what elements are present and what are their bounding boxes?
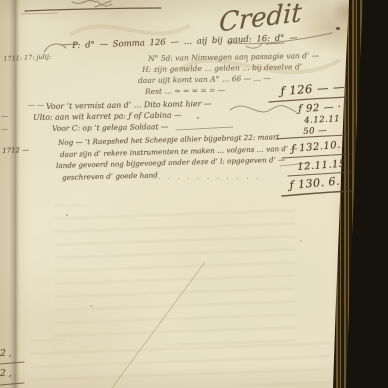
entry1-line5: Rest … = = = = = — [145, 86, 225, 96]
entry5-amount-lower: 12.11.15 [297, 159, 346, 173]
entry2-amount: ƒ 92 — · [298, 102, 342, 115]
entry3-amount: 4.12.11 [304, 114, 340, 126]
foxing-spot [90, 305, 93, 307]
ink-spot [197, 117, 199, 119]
entry1-amount: ƒ 126 — — [280, 79, 346, 97]
bleedthrough-bottom [30, 340, 330, 385]
foxing-spot [66, 214, 68, 216]
edge-number: 2 , [0, 349, 11, 359]
edge-number: 2 , [0, 369, 11, 379]
entry4-line1: Voor C: op ’t gelega Soldaat — [52, 122, 168, 133]
entry1-line4: daar uijt komt van A° … 66 — … — [138, 74, 271, 85]
entry3-line1: Ulto: aan wit karret pa: ƒ of Cabina — [33, 110, 182, 122]
margin-date-1711: 1711: 17: julij: [3, 52, 51, 62]
ledger-page: Credit 1711: 17: julij: P: d° — Somma 12… [0, 0, 388, 388]
entry4-amount: 50 — [303, 126, 328, 137]
entry1-line1: P: d° — Somma 126 — … aij bij gaud: 16: … [72, 33, 298, 51]
lead-dash: — — [28, 101, 44, 109]
leader-dots: · · · · · · · · · · · [158, 176, 261, 183]
foxing-spot [300, 240, 302, 242]
entry2-line1: Voor ’t vermist aan d’ … Dito komt hier … [46, 99, 212, 111]
ledger-photo: Credit 1711: 17: julij: P: d° — Somma 12… [0, 0, 388, 388]
entry1-line2: N° 5d: van Nimwegen aan passagie van d’ … [148, 51, 319, 63]
margin-date-1712: 1712 — [2, 146, 29, 155]
ink-spot [336, 27, 340, 30]
entry5-line4: geschreven d’ goede hand [62, 170, 158, 182]
edge-dash: — [1, 112, 8, 120]
entry1-line3: H: zijn gemelde … gelden … bij deselve d… [142, 62, 302, 74]
bleedthrough-middle [55, 205, 295, 345]
edge-dash: — [1, 125, 8, 133]
